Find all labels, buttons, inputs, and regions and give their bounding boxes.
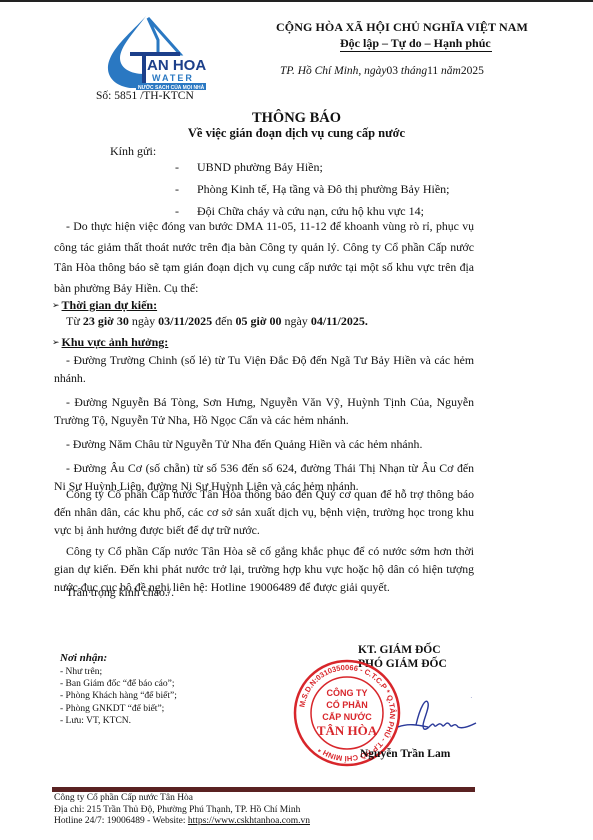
- affected-area-list: - Đường Trường Chinh (số lẻ) từ Tu Viện …: [54, 351, 474, 501]
- receiver-item: - Như trên;: [60, 666, 177, 678]
- receiver-item: - Ban Giám đốc “để báo cáo”;: [60, 678, 177, 690]
- issue-date: TP. Hồ Chí Minh, ngày03 tháng11 năm2025: [280, 65, 484, 77]
- receivers-heading: Nơi nhận:: [60, 652, 107, 664]
- receivers-list: - Như trên; - Ban Giám đốc “để báo cáo”;…: [60, 666, 177, 727]
- svg-text:TÂN HÒA: TÂN HÒA: [317, 723, 378, 738]
- signer-name: Nguyễn Trần Lam: [360, 748, 450, 760]
- end-date: 04/11/2025.: [311, 314, 368, 328]
- area-item: - Đường Năm Châu từ Nguyễn Tử Nha đến Qu…: [54, 435, 474, 453]
- start-time: 23 giờ 30: [83, 314, 129, 328]
- motto-underline: [340, 51, 492, 52]
- date-month: 11: [427, 65, 438, 77]
- end-time: 05 giờ 00: [236, 314, 282, 328]
- date-year: 2025: [461, 65, 484, 77]
- svg-text:AN HOA: AN HOA: [147, 57, 206, 74]
- date-place: TP. Hồ Chí Minh, ngày: [280, 65, 387, 77]
- arrow-bullet-icon: ➢: [52, 300, 60, 311]
- area-item: - Đường Nguyễn Bá Tòng, Sơn Hưng, Nguyễn…: [54, 393, 474, 429]
- footer: Công ty Cổ phần Cấp nước Tân Hòa Địa chỉ…: [54, 793, 310, 828]
- date-month-label: tháng: [398, 65, 427, 77]
- handwritten-signature-icon: [398, 697, 488, 737]
- svg-text:CẤP NƯỚC: CẤP NƯỚC: [322, 711, 372, 722]
- start-date: 03/11/2025: [158, 314, 212, 328]
- national-title: CỘNG HÒA XÃ HỘI CHỦ NGHĨA VIỆT NAM: [276, 20, 528, 35]
- receiver-item: - Phòng GNKDT “để biết”;: [60, 703, 177, 715]
- recipient-item: -UBND phường Bảy Hiền;: [175, 160, 450, 182]
- area-item: - Đường Trường Chinh (số lẻ) từ Tu Viện …: [54, 351, 474, 387]
- notice-paragraph: Công ty Cổ phần Cấp nước Tân Hòa thông b…: [54, 485, 474, 539]
- time-section-heading: ➢ Thời gian dự kiến:: [52, 298, 157, 313]
- footer-divider: [52, 787, 475, 792]
- document-subtitle: Về việc gián đoạn dịch vụ cung cấp nước: [0, 126, 593, 141]
- svg-text:CÔNG TY: CÔNG TY: [326, 687, 367, 698]
- website-link[interactable]: https://www.cskhtanhoa.com.vn: [188, 816, 310, 826]
- area-section-heading: ➢ Khu vực ảnh hưởng:: [52, 335, 168, 350]
- svg-text:WATER: WATER: [152, 73, 194, 83]
- svg-text:CỔ PHẦN: CỔ PHẦN: [326, 699, 368, 710]
- date-day: 03: [387, 65, 399, 77]
- receiver-item: - Lưu: VT, KTCN.: [60, 715, 177, 727]
- receiver-item: - Phòng Khách hàng “để biết”;: [60, 690, 177, 702]
- document-number: Số: 5851 /TH-KTCN: [96, 90, 194, 102]
- signer-role-primary: KT. GIÁM ĐỐC: [358, 644, 441, 656]
- date-year-label: năm: [438, 65, 461, 77]
- recipient-item: -Phòng Kinh tế, Hạ tầng và Đô thị phường…: [175, 182, 450, 204]
- intro-paragraph: - Do thực hiện việc đóng van bước DMA 11…: [54, 216, 474, 298]
- footer-contact: Hotline 24/7: 19006489 - Website: https:…: [54, 816, 310, 828]
- arrow-bullet-icon: ➢: [52, 337, 60, 348]
- footer-company: Công ty Cổ phần Cấp nước Tân Hòa: [54, 793, 310, 805]
- closing-line: Trân trọng kính chào./.: [66, 585, 174, 600]
- company-logo-icon: AN HOA WATER NƯỚC SẠCH CỦA MỌI NHÀ: [100, 14, 208, 92]
- footer-address: Địa chỉ: 215 Trần Thủ Độ, Phường Phú Thạ…: [54, 805, 310, 817]
- national-motto: Độc lập – Tự do – Hạnh phúc: [340, 36, 491, 51]
- greeting: Kính gửi:: [110, 144, 156, 159]
- document-title: THÔNG BÁO: [0, 110, 593, 127]
- time-range: Từ 23 giờ 30 ngày 03/11/2025 đến 05 giờ …: [66, 314, 368, 329]
